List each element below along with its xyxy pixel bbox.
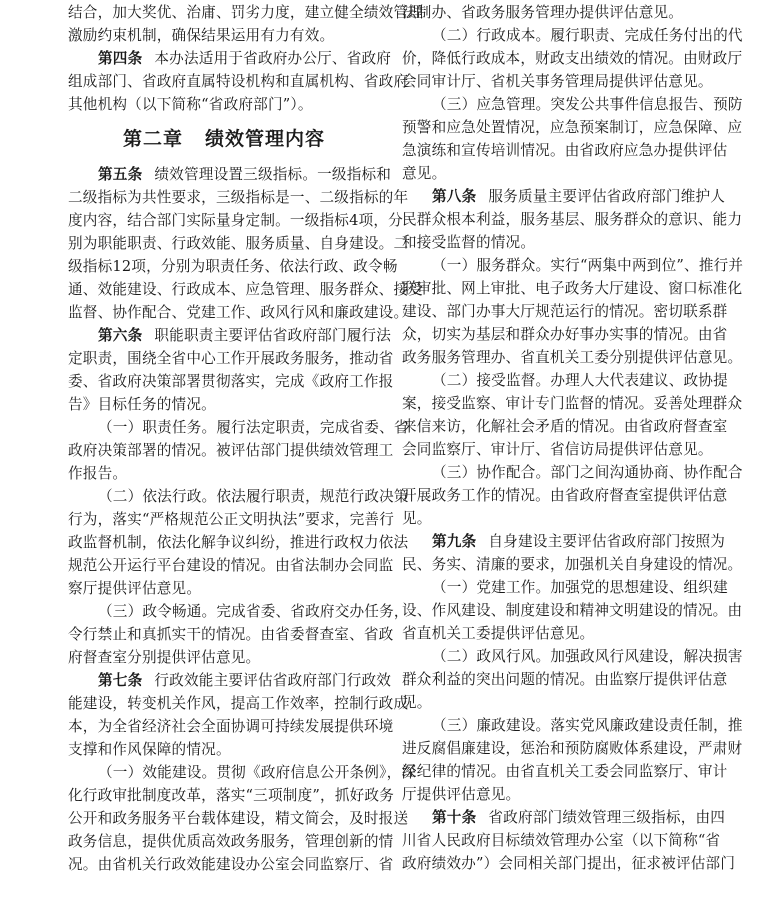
article-text: 绩效管理设置三级指标。一级指标和	[154, 166, 391, 183]
item-block: （一）职责任务。履行法定职责，完成省委、省政府决策部署的情况。被评估部门提供绩效…	[68, 416, 380, 485]
text-line: 经纪律的情况。由省直机关工委会同监察厅、审计	[402, 760, 714, 783]
chapter-title: 绩效管理内容	[205, 128, 325, 150]
article-first-line: 第九条自身建设主要评估省政府部门按照为	[402, 530, 714, 553]
text-line: 联审批、网上审批、电子政务大厅建设、窗口标准化	[402, 277, 714, 300]
text-line: 委、省政府决策部署贯彻落实，完成《政府工作报	[68, 370, 380, 393]
item-block: （三）协作配合。部门之间沟通协商、协作配合开展政务工作的情况。由省政府督查室提供…	[402, 461, 714, 530]
text-line: 民群众根本利益，服务基层、服务群众的意识、能力	[402, 208, 714, 231]
text-line: 令行禁止和真抓实干的情况。由省委督查室、省政	[68, 623, 380, 646]
text-line: 级指标12项，分别为职责任务、依法行政、政令畅	[68, 255, 380, 278]
text-line: 察厅提供评估意见。	[68, 577, 380, 600]
article-text: 行政效能主要评估省政府部门行政效	[154, 672, 391, 689]
text-line: 价，降低行政成本，财政支出绩效的情况。由财政厅	[402, 47, 714, 70]
item-first-line: （二）政风行风。加强政风行风建设，解决损害	[402, 645, 714, 668]
item-first-line: （二）接受监督。办理人大代表建议、政协提	[402, 369, 714, 392]
text-line: 见。	[402, 691, 714, 714]
article-block: 第四条本办法适用于省政府办公厅、省政府组成部门、省政府直属特设机构和直属机构、省…	[68, 47, 380, 116]
item-first-line: （一）服务群众。实行“两集中两到位”、推行并	[402, 254, 714, 277]
item-block: （三）廉政建设。落实党风廉政建设责任制，推进反腐倡廉建设，惩治和预防腐败体系建设…	[402, 714, 714, 806]
article-first-line: 第七条行政效能主要评估省政府部门行政效	[68, 669, 380, 692]
text-line: 告》目标任务的情况。	[68, 393, 380, 416]
text-line: 府督查室分别提供评估意见。	[68, 646, 380, 669]
text-line: 厅提供评估意见。	[402, 783, 714, 806]
text-line: 群众利益的突出问题的情况。由监察厅提供评估意	[402, 668, 714, 691]
text-line: 本，为全省经济社会全面协调可持续发展提供环境	[68, 715, 380, 738]
text-line: 度内容，结合部门实际量身定制。一级指标4项，分	[68, 209, 380, 232]
text-line: 会同审计厅、省机关事务管理局提供评估意见。	[402, 70, 714, 93]
article-block: 第七条行政效能主要评估省政府部门行政效能建设，转变机关作风，提高工作效率，控制行…	[68, 669, 380, 761]
text-line: 政务信息，提供优质高效政务服务，管理创新的情	[68, 830, 380, 853]
chapter-block: 第二章绩效管理内容	[68, 116, 380, 163]
article-label: 第九条	[432, 533, 476, 550]
article-block: 第九条自身建设主要评估省政府部门按照为民、务实、清廉的要求，加强机关自身建设的情…	[402, 530, 714, 576]
text-line: 政监督机制，依法化解争议纠纷，推进行政权力依法	[68, 531, 380, 554]
text-line: 公开和政务服务平台载体建设，精文简会，及时报送	[68, 807, 380, 830]
text-line: 进反腐倡廉建设，惩治和预防腐败体系建设，严肃财	[402, 737, 714, 760]
text-line: 规范公开运行平台建设的情况。由省法制办会同监	[68, 554, 380, 577]
left-column: 结合，加大奖优、治庸、罚劣力度，建立健全绩效管理激励约束机制，确保结果运用有力有…	[68, 1, 380, 876]
item-first-line: （三）应急管理。突发公共事件信息报告、预防	[402, 93, 714, 116]
text-line: 能建设，转变机关作风，提高工作效率，控制行政成	[68, 692, 380, 715]
item-first-line: （二）行政成本。履行职责、完成任务付出的代	[402, 24, 714, 47]
text-line: 省直机关工委提供评估意见。	[402, 622, 714, 645]
article-text: 自身建设主要评估省政府部门按照为	[488, 533, 725, 550]
text-line: 众，切实为基层和群众办好事办实事的情况。由省	[402, 323, 714, 346]
item-block: （三）应急管理。突发公共事件信息报告、预防预警和应急处置情况，应急预案制订，应急…	[402, 93, 714, 185]
article-first-line: 第五条绩效管理设置三级指标。一级指标和	[68, 163, 380, 186]
article-first-line: 第四条本办法适用于省政府办公厅、省政府	[68, 47, 380, 70]
article-label: 第八条	[432, 188, 476, 205]
chapter-number: 第二章	[123, 128, 183, 150]
article-label: 第五条	[98, 166, 142, 183]
text-line: 意见。	[402, 162, 714, 185]
text-line: 见。	[402, 507, 714, 530]
text-line: 急演练和宣传培训情况。由省政府应急办提供评估	[402, 139, 714, 162]
article-block: 第十条省政府部门绩效管理三级指标，由四川省人民政府目标绩效管理办公室（以下简称“…	[402, 806, 714, 875]
paragraph-block: 结合，加大奖优、治庸、罚劣力度，建立健全绩效管理激励约束机制，确保结果运用有力有…	[68, 1, 380, 47]
item-block: （二）依法行政。依法履行职责，规范行政决策行为，落实“严格规范公正文明执法”要求…	[68, 485, 380, 600]
text-line: 别为职能职责、行政效能、服务质量、自身建设。二	[68, 232, 380, 255]
article-label: 第四条	[98, 50, 142, 67]
article-text: 职能职责主要评估省政府部门履行法	[154, 327, 391, 344]
text-line: 定职责，围绕全省中心工作开展政务服务，推动省	[68, 347, 380, 370]
text-line: 组成部门、省政府直属特设机构和直属机构、省政府	[68, 70, 380, 93]
item-first-line: （二）依法行政。依法履行职责，规范行政决策	[68, 485, 380, 508]
text-line: 法制办、省政务服务管理办提供评估意见。	[402, 1, 714, 24]
article-block: 第八条服务质量主要评估省政府部门维护人民群众根本利益，服务基层、服务群众的意识、…	[402, 185, 714, 254]
article-label: 第七条	[98, 672, 142, 689]
text-line: 来信来访，化解社会矛盾的情况。由省政府督查室	[402, 415, 714, 438]
text-line: 预警和应急处置情况，应急预案制订，应急保障、应	[402, 116, 714, 139]
text-line: 化行政审批制度改革，落实“三项制度”，抓好政务	[68, 784, 380, 807]
item-first-line: （三）廉政建设。落实党风廉政建设责任制，推	[402, 714, 714, 737]
text-line: 监督、协作配合、党建工作、政风行风和廉政建设。	[68, 301, 380, 324]
text-line: 设、作风建设、制度建设和精神文明建设的情况。由	[402, 599, 714, 622]
item-block: （二）政风行风。加强政风行风建设，解决损害群众利益的突出问题的情况。由监察厅提供…	[402, 645, 714, 714]
text-line: 其他机构（以下简称“省政府部门”）。	[68, 93, 380, 116]
text-line: 案，接受监察、审计专门监督的情况。妥善处理群众	[402, 392, 714, 415]
text-line: 作报告。	[68, 462, 380, 485]
document-page: 结合，加大奖优、治庸、罚劣力度，建立健全绩效管理激励约束机制，确保结果运用有力有…	[0, 0, 775, 897]
text-line: 和接受监督的情况。	[402, 231, 714, 254]
text-line: 民、务实、清廉的要求，加强机关自身建设的情况。	[402, 553, 714, 576]
text-line: 开展政务工作的情况。由省政府督查室提供评估意	[402, 484, 714, 507]
item-block: （三）政令畅通。完成省委、省政府交办任务，令行禁止和真抓实干的情况。由省委督查室…	[68, 600, 380, 669]
item-first-line: （三）政令畅通。完成省委、省政府交办任务，	[68, 600, 380, 623]
item-first-line: （一）职责任务。履行法定职责，完成省委、省	[68, 416, 380, 439]
text-line: 川省人民政府目标绩效管理办公室（以下简称“省	[402, 829, 714, 852]
item-first-line: （一）效能建设。贯彻《政府信息公开条例》，深	[68, 761, 380, 784]
item-block: （二）接受监督。办理人大代表建议、政协提案，接受监察、审计专门监督的情况。妥善处…	[402, 369, 714, 461]
text-line: 况。由省机关行政效能建设办公室会同监察厅、省	[68, 853, 380, 876]
item-block: （二）行政成本。履行职责、完成任务付出的代价，降低行政成本，财政支出绩效的情况。…	[402, 24, 714, 93]
text-line: 通、效能建设、行政成本、应急管理、服务群众、接受	[68, 278, 380, 301]
item-block: （一）党建工作。加强党的思想建设、组织建设、作风建设、制度建设和精神文明建设的情…	[402, 576, 714, 645]
article-first-line: 第八条服务质量主要评估省政府部门维护人	[402, 185, 714, 208]
text-line: 支撑和作风保障的情况。	[68, 738, 380, 761]
article-block: 第五条绩效管理设置三级指标。一级指标和二级指标为共性要求，三级指标是一、二级指标…	[68, 163, 380, 324]
article-block: 第六条职能职责主要评估省政府部门履行法定职责，围绕全省中心工作开展政务服务，推动…	[68, 324, 380, 416]
article-first-line: 第六条职能职责主要评估省政府部门履行法	[68, 324, 380, 347]
text-line: 政府绩效办”）会同相关部门提出，征求被评估部门	[402, 852, 714, 875]
text-line: 二级指标为共性要求，三级指标是一、二级指标的年	[68, 186, 380, 209]
article-text: 服务质量主要评估省政府部门维护人	[488, 188, 725, 205]
item-block: （一）服务群众。实行“两集中两到位”、推行并联审批、网上审批、电子政务大厅建设、…	[402, 254, 714, 369]
article-first-line: 第十条省政府部门绩效管理三级指标，由四	[402, 806, 714, 829]
article-text: 本办法适用于省政府办公厅、省政府	[154, 50, 391, 67]
article-label: 第六条	[98, 327, 142, 344]
text-line: 结合，加大奖优、治庸、罚劣力度，建立健全绩效管理	[68, 1, 380, 24]
text-line: 行为，落实“严格规范公正文明执法”要求，完善行	[68, 508, 380, 531]
item-first-line: （一）党建工作。加强党的思想建设、组织建	[402, 576, 714, 599]
text-line: 会同监察厅、审计厅、省信访局提供评估意见。	[402, 438, 714, 461]
text-line: 政府决策部署的情况。被评估部门提供绩效管理工	[68, 439, 380, 462]
text-line: 建设、部门办事大厅规范运行的情况。密切联系群	[402, 300, 714, 323]
chapter-heading: 第二章绩效管理内容	[68, 116, 380, 163]
article-text: 省政府部门绩效管理三级指标，由四	[488, 809, 725, 826]
article-label: 第十条	[432, 809, 476, 826]
paragraph-block: 法制办、省政务服务管理办提供评估意见。	[402, 1, 714, 24]
text-line: 政务服务管理办、省直机关工委分别提供评估意见。	[402, 346, 714, 369]
right-column: 法制办、省政务服务管理办提供评估意见。（二）行政成本。履行职责、完成任务付出的代…	[402, 1, 714, 875]
item-first-line: （三）协作配合。部门之间沟通协商、协作配合	[402, 461, 714, 484]
text-line: 激励约束机制，确保结果运用有力有效。	[68, 24, 380, 47]
item-block: （一）效能建设。贯彻《政府信息公开条例》，深化行政审批制度改革，落实“三项制度”…	[68, 761, 380, 876]
